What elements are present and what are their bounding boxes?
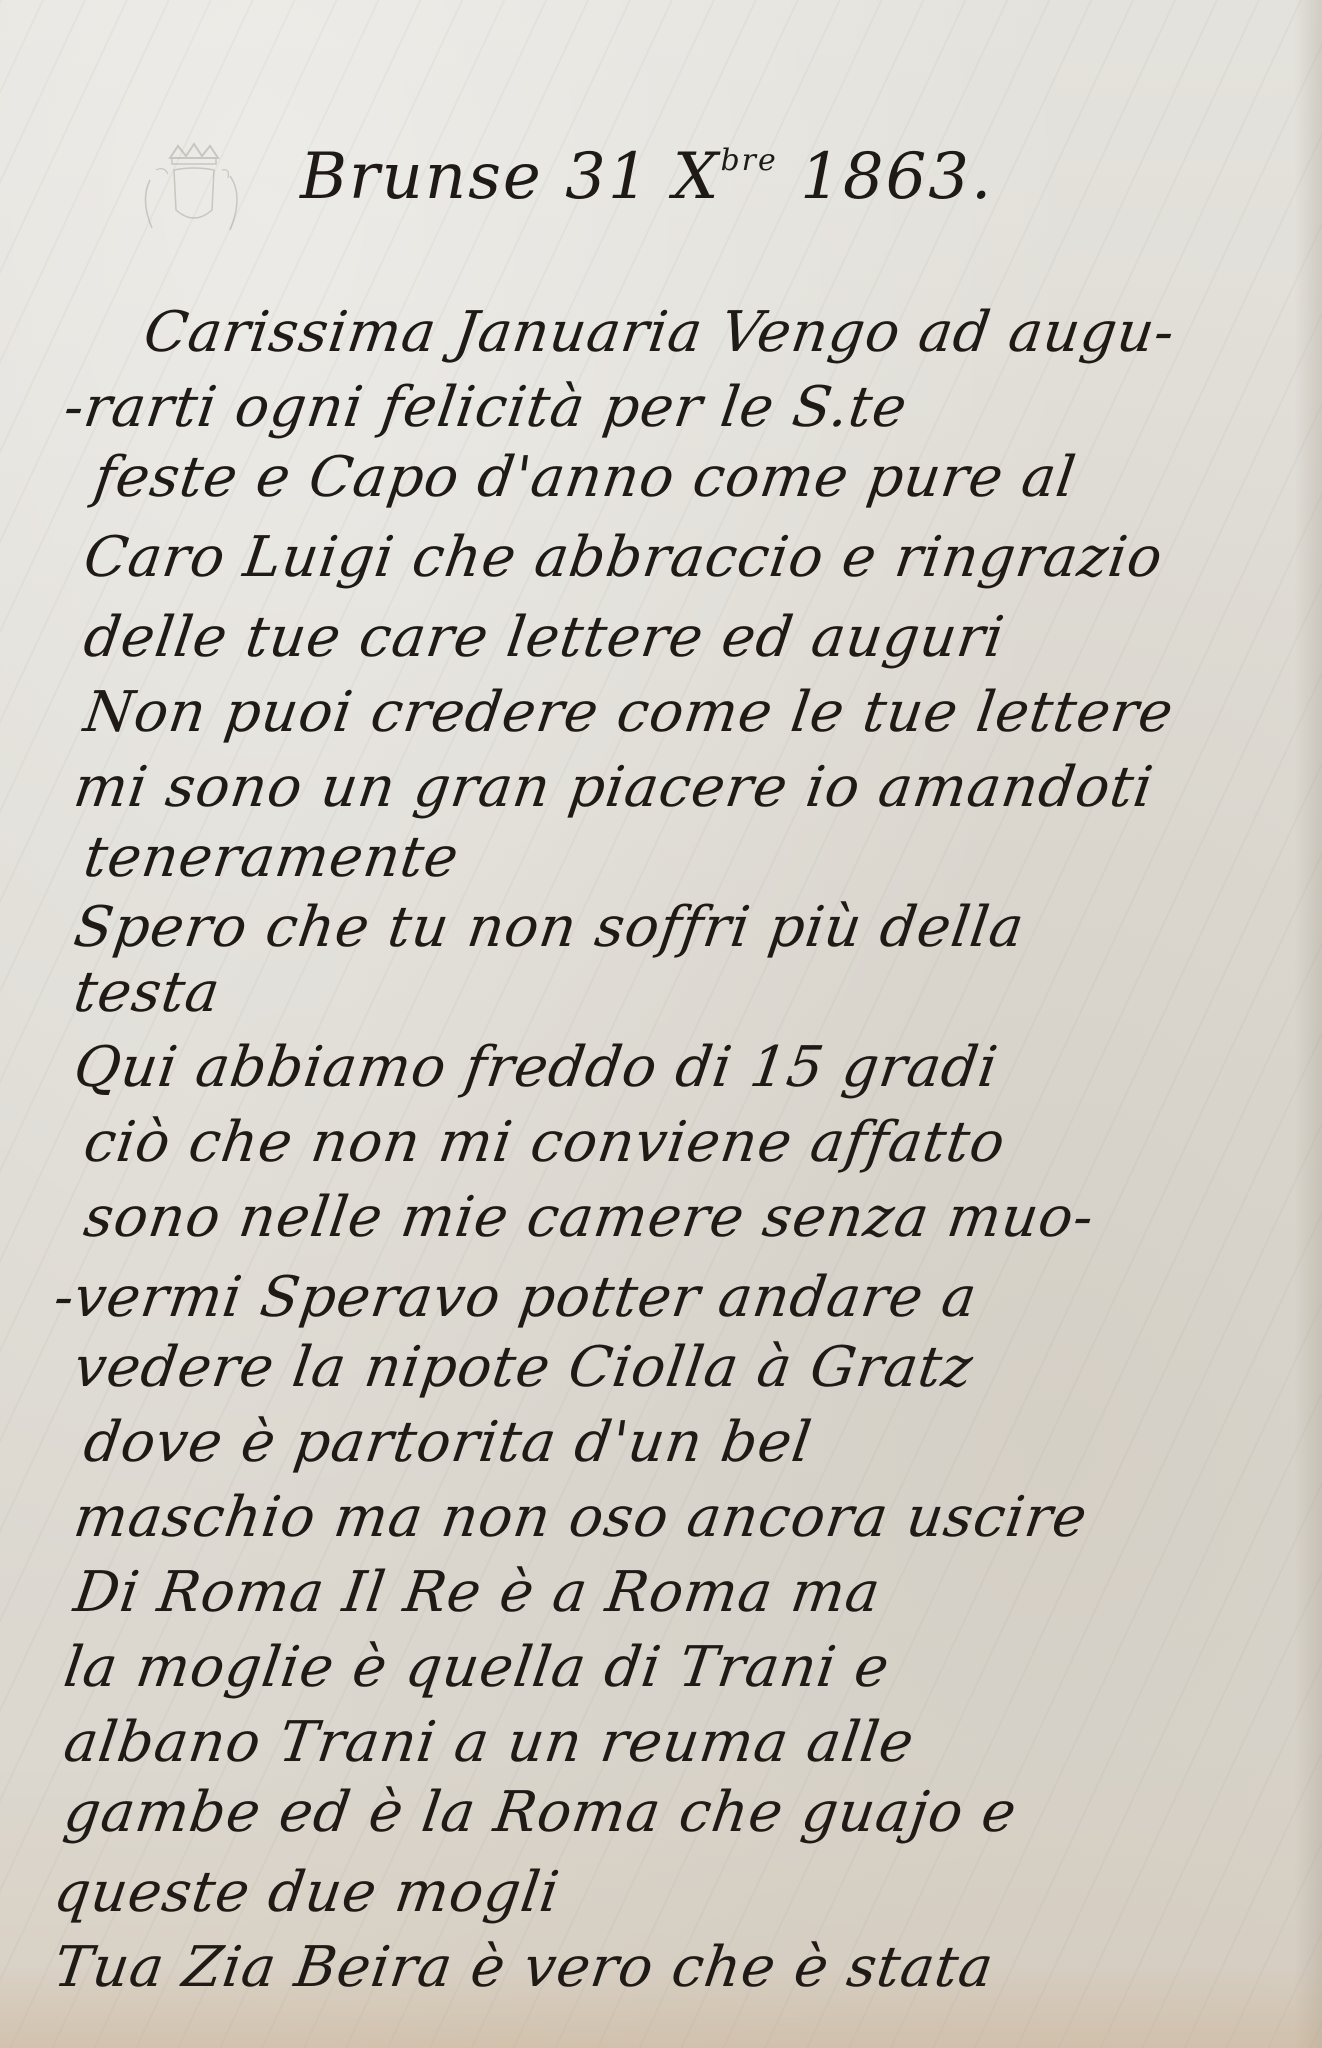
letter-line: maschio ma non oso ancora uscire [70,1485,1092,1550]
letter-line: Carissima Januaria Vengo ad augu- [140,300,1179,365]
letter-dateline: Brunse 31 Xbre 1863. [300,140,993,214]
letter-line: Qui abbiamo freddo di 15 gradi [70,1035,1002,1100]
dateline-place: Brunse [300,140,543,214]
letter-line: Di Roma Il Re è a Roma ma [70,1560,885,1625]
dateline-month-sup: bre [720,143,777,178]
dateline-year: 1863. [800,140,993,214]
letter-line: testa [70,960,224,1025]
letter-line: Caro Luigi che abbraccio e ringrazio [80,525,1167,590]
letter-line: gambe ed è la Roma che guajo e [60,1780,1021,1845]
letter-line: -rarti ogni felicità per le S.te [60,375,911,440]
letter-line: Non puoi credere come le tue lettere [80,680,1178,745]
letter-line: queste due mogli [50,1860,564,1925]
paper-edge-shadow [1294,0,1322,2048]
letter-line: feste e Capo d'anno come pure al [90,445,1080,510]
letter-line: -vermi Speravo potter andare a [50,1265,981,1330]
dateline-month: X [673,140,721,214]
letter-line: Spero che tu non soffri più della [70,895,1028,960]
letter-line: vedere la nipote Ciolla à Gratz [70,1335,977,1400]
letter-line: teneramente [80,825,463,890]
letter-line: mi sono un gran piacere io amandoti [70,755,1157,820]
letter-line: la moglie è quella di Trani e [60,1635,894,1700]
letter-line: sono nelle mie camere senza muo- [80,1185,1098,1250]
letter-line: delle tue care lettere ed auguri [80,605,1009,670]
dateline-day: 31 [565,140,650,214]
embossed-crest-icon [130,140,250,240]
letter-line: Tua Zia Beira è vero che è stata [50,1935,998,2000]
letter-line: albano Trani a un reuma alle [60,1710,918,1775]
letter-line: ciò che non mi conviene affatto [80,1110,1010,1175]
letter-page: Brunse 31 Xbre 1863. Carissima Januaria … [0,0,1322,2048]
letter-line: dove è partorita d'un bel [80,1410,816,1475]
